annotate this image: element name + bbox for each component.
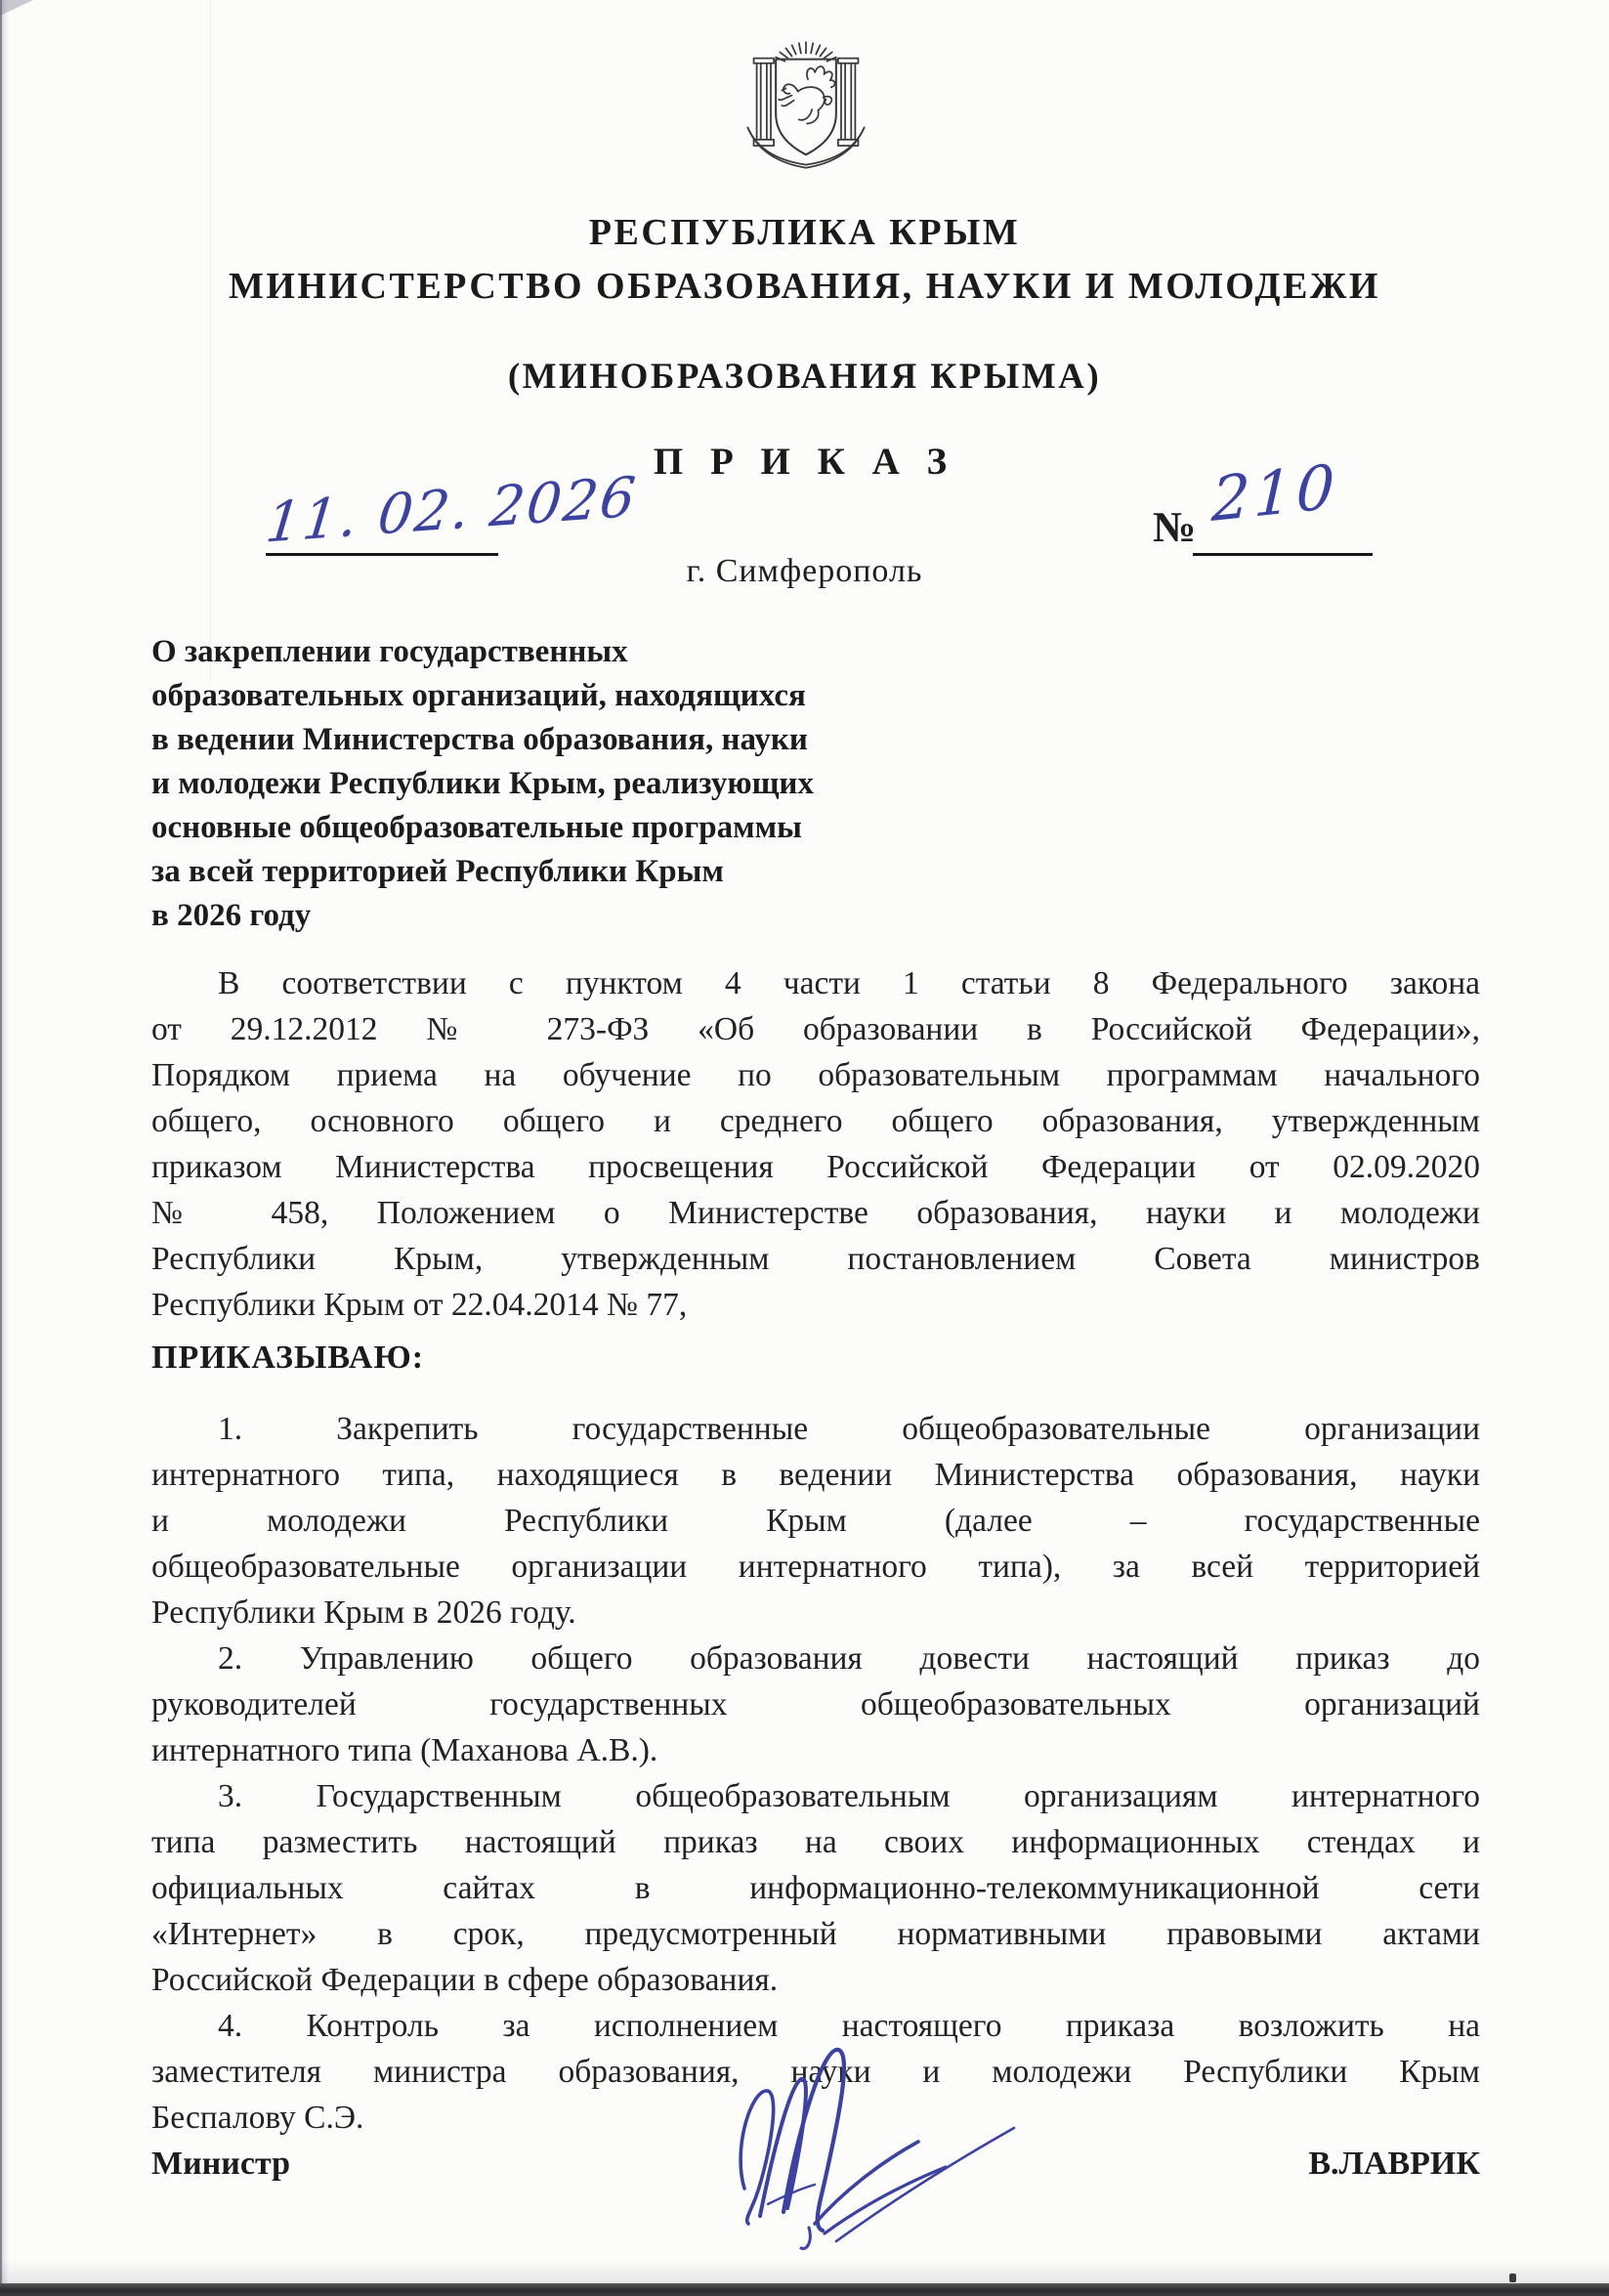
paragraph-line: 1. Закрепить государственные общеобразов… [151,1406,1480,1452]
paragraph-line: от 29.12.2012 № 273-ФЗ «Об образовании в… [151,1006,1480,1052]
subject-line: за всей территорией Республики Крым [151,850,855,894]
scan-bottom-bar [0,2283,1609,2296]
paragraph-line: 3. Государственным общеобразовательным о… [151,1773,1480,1819]
paragraph-line: Порядком приема на обучение по образоват… [151,1052,1480,1098]
subject-line: образовательных организаций, находящихся [151,674,855,718]
scanned-order-page: РЕСПУБЛИКА КРЫМ МИНИСТЕРСТВО ОБРАЗОВАНИЯ… [0,0,1609,2296]
signer-name: В.ЛАВРИК [1308,2146,1480,2183]
subject-line: в 2026 году [151,894,855,938]
paragraph-line: В соответствии с пунктом 4 части 1 стать… [151,960,1480,1006]
paragraph-line: официальных сайтах в информационно-телек… [151,1865,1480,1911]
body-text: В соответствии с пунктом 4 части 1 стать… [151,960,1480,2141]
paragraph-line: Республики Крым от 22.04.2014 № 77, [151,1282,1480,1328]
scan-left-edge-line [0,0,2,2296]
paragraph-line: интернатного типа (Маханова А.В.). [151,1727,1480,1773]
subject-line: основные общеобразовательные программы [151,806,855,850]
minister-signature-icon [699,2032,1032,2252]
paragraph-line: Российской Федерации в сфере образования… [151,1957,1480,2003]
header-ministry-short: (МИНОБРАЗОВАНИЯ КРЫМА) [0,356,1609,398]
paragraph-line: типа разместить настоящий приказ на свои… [151,1819,1480,1865]
order-word: ПРИКАЗЫВАЮ: [151,1335,1480,1381]
paragraph-line: общеобразовательные организации интернат… [151,1544,1480,1590]
paragraph-line: приказом Министерства просвещения Россий… [151,1144,1480,1190]
header-ministry: МИНИСТЕРСТВО ОБРАЗОВАНИЯ, НАУКИ И МОЛОДЕ… [0,265,1609,308]
paragraph-line: интернатного типа, находящиеся в ведении… [151,1452,1480,1498]
number-sign: № [1153,502,1196,552]
paragraph-line: «Интернет» в срок, предусмотренный норма… [151,1911,1480,1957]
handwritten-number: 210 [1210,450,1339,535]
paragraph-line: руководителей государственных общеобразо… [151,1681,1480,1727]
paragraph-line: общего, основного общего и среднего обще… [151,1098,1480,1144]
paragraph-line: 2. Управлению общего образования довести… [151,1636,1480,1681]
scan-stray-mark [1509,2274,1516,2282]
paragraph-line: № 458, Положением о Министерстве образов… [151,1190,1480,1236]
doc-type-title: П Р И К А З [0,440,1609,484]
signer-post: Министр [151,2146,290,2183]
order-item-3: 3. Государственным общеобразовательным о… [151,1773,1480,2003]
scan-bottom-shadow [0,2259,1609,2284]
intro-paragraph: В соответствии с пунктом 4 части 1 стать… [151,960,1480,1328]
paragraph-line: Республики Крым в 2026 году. [151,1590,1480,1636]
order-item-2: 2. Управлению общего образования довести… [151,1636,1480,1773]
subject-line: и молодежи Республики Крым, реализующих [151,762,855,806]
city-line: г. Симферополь [0,553,1609,590]
paragraph-line: Республики Крым, утвержденным постановле… [151,1236,1480,1282]
subject-line: в ведении Министерства образования, наук… [151,718,855,762]
order-item-1: 1. Закрепить государственные общеобразов… [151,1406,1480,1636]
header-republic: РЕСПУБЛИКА КРЫМ [0,211,1609,254]
subject-line: О закреплении государственных [151,630,855,674]
subject-block: О закреплении государственных образовате… [151,630,855,938]
crimea-coat-of-arms-icon [736,37,876,178]
paragraph-line: и молодежи Республики Крым (далее – госу… [151,1498,1480,1544]
